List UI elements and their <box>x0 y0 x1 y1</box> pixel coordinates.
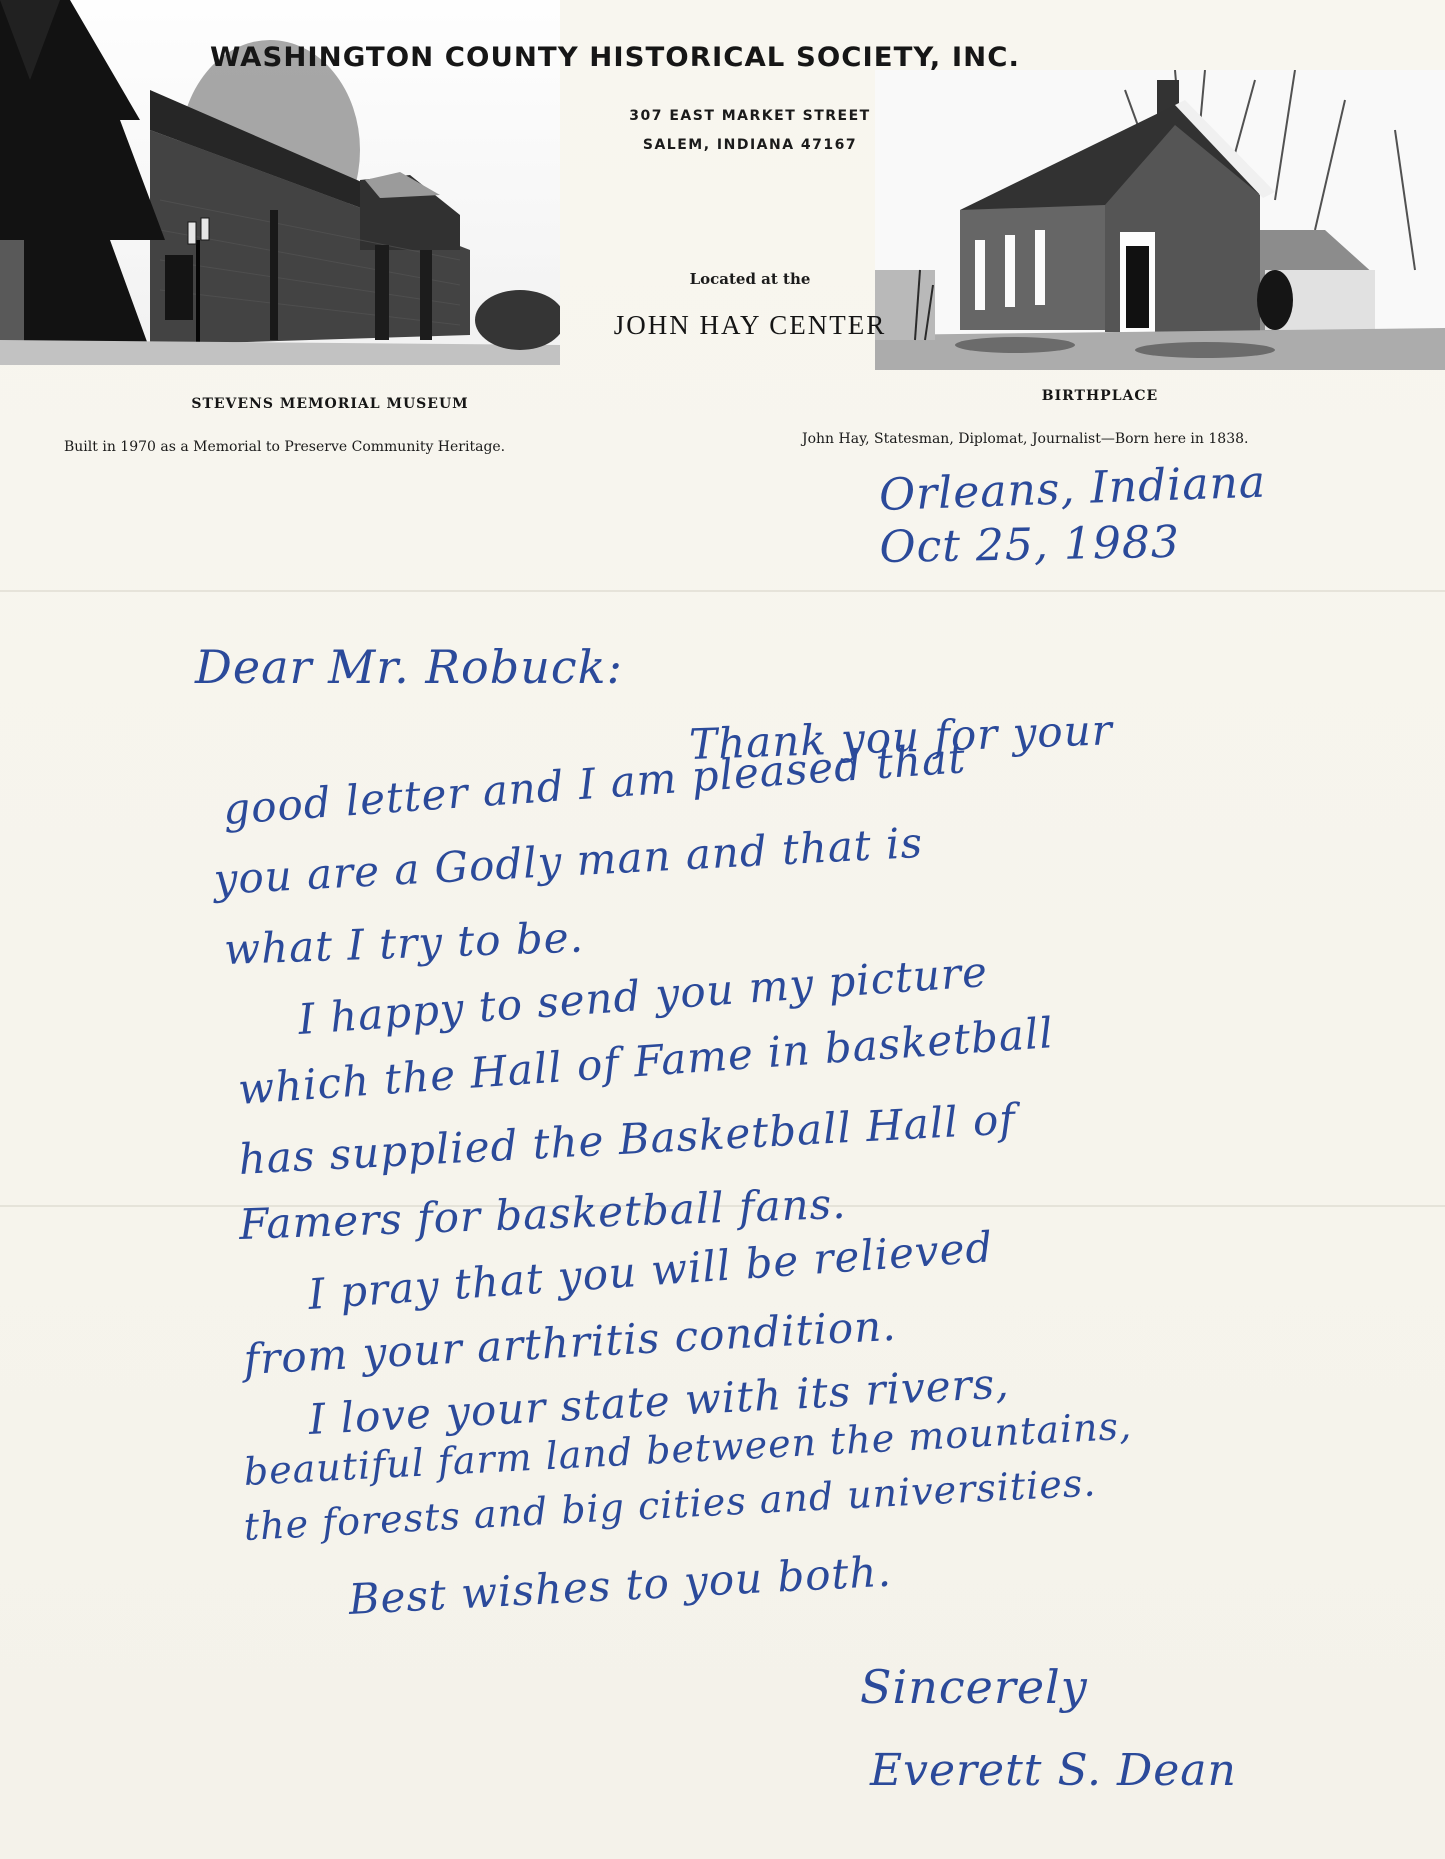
salutation: Dear Mr. Robuck: <box>195 640 623 694</box>
letter-line: you are a Godly man and that is <box>212 818 924 904</box>
paper-fold-line <box>0 590 1445 592</box>
closing: Sincerely <box>860 1660 1088 1714</box>
located-at-label: Located at the <box>560 270 940 288</box>
letter-line: has supplied the Basketball Hall of <box>237 1094 1016 1184</box>
letter-page: WASHINGTON COUNTY HISTORICAL SOCIETY, IN… <box>0 0 1445 1859</box>
letter-date: Oct 25, 1983 <box>879 517 1180 573</box>
museum-caption: Built in 1970 as a Memorial to Preserve … <box>64 439 505 455</box>
letter-line: good letter and I am pleased that <box>222 733 968 834</box>
birthplace-photo <box>875 70 1445 370</box>
letter-line: Best wishes to you both. <box>347 1547 892 1624</box>
street-address: 307 EAST MARKET STREET <box>560 108 940 124</box>
city-state-zip: SALEM, INDIANA 47167 <box>560 137 940 153</box>
letter-place: Orleans, Indiana <box>878 457 1267 521</box>
museum-title: STEVENS MEMORIAL MUSEUM <box>60 396 600 412</box>
signature: Everett S. Dean <box>870 1745 1237 1796</box>
center-name: JOHN HAY CENTER <box>560 310 940 341</box>
organization-name: WASHINGTON COUNTY HISTORICAL SOCIETY, IN… <box>210 42 1210 73</box>
birthplace-title: BIRTHPLACE <box>880 388 1320 404</box>
letter-line: what I try to be. <box>223 912 584 974</box>
birthplace-caption: John Hay, Statesman, Diplomat, Journalis… <box>802 431 1248 447</box>
